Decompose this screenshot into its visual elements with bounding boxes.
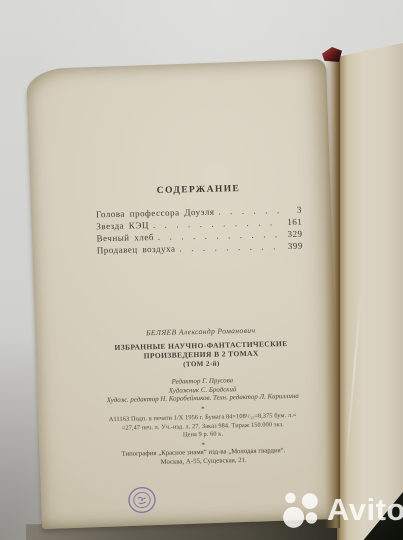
editorial-credits: Редактор Г. Прусова Художник С. Бродский… xyxy=(80,375,326,417)
toc-leader-dots: . . . . . . . . . . . . . xyxy=(179,240,280,254)
printed-page-text: СОДЕРЖАНИЕ Голова профессора Доуэля . . … xyxy=(33,0,340,540)
toc-page-number: 399 xyxy=(283,240,303,253)
avito-watermark: Avito xyxy=(281,489,403,531)
watermark-label: Avito xyxy=(327,489,403,531)
toc-page-number: 3 xyxy=(282,204,302,217)
avito-logo-icon xyxy=(281,489,323,531)
author-title-block: БЕЛЯЕВ Александр Романович ИЗБРАННЫЕ НАУ… xyxy=(91,324,312,369)
toc-heading: СОДЕРЖАНИЕ xyxy=(95,183,301,198)
round-stamp-icon xyxy=(124,483,160,517)
toc-page-number: 329 xyxy=(282,228,302,241)
table-of-contents: СОДЕРЖАНИЕ Голова профессора Доуэля . . … xyxy=(95,183,303,257)
toc-page-number: 161 xyxy=(282,216,302,229)
toc-item-title: Продавец воздуха xyxy=(97,243,176,257)
author-name: БЕЛЯЕВ Александр Романович xyxy=(91,324,311,338)
